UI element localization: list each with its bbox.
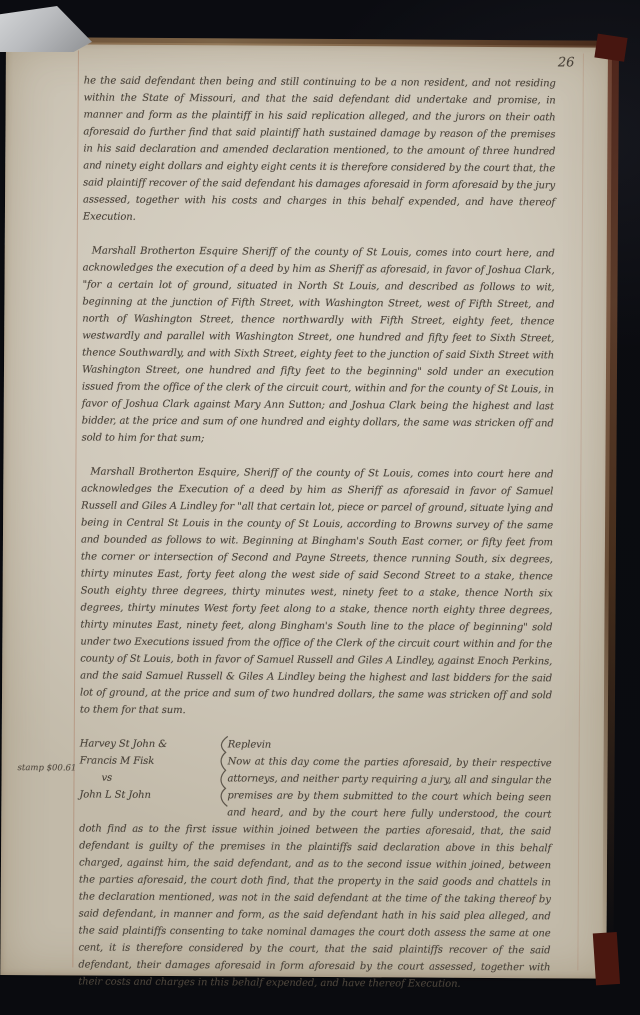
page-number: 26 [558, 55, 575, 70]
stacked-page-edges-right [602, 52, 618, 948]
record-judgment-entry: he the said defendant then being and sti… [83, 72, 556, 228]
book-cover-corner-top [594, 34, 627, 62]
caption-brace-icon [215, 734, 231, 808]
record-sheriff-deed-russell-lindley: Marshall Brotherton Esquire, Sheriff of … [80, 463, 554, 721]
margin-note-stamp: stamp $00.61 [18, 763, 76, 773]
ledger-page: 26 he the said defendant then being and … [0, 42, 612, 979]
right-margin-rule [577, 54, 584, 971]
case-plaintiff-2: Francis M Fisk [80, 752, 228, 770]
book-cover-corner-bottom [593, 932, 620, 985]
facing-page-corner-fold [0, 6, 92, 52]
left-margin-rule [72, 50, 79, 967]
case-plaintiff-1: Harvey St John & [80, 735, 228, 753]
record-replevin-case: stamp $00.61 Harvey St John & Francis M … [78, 735, 552, 993]
photograph-background: 26 he the said defendant then being and … [0, 0, 640, 1015]
stacked-page-edges-top [10, 37, 606, 48]
case-defendant: John L St John [79, 786, 227, 804]
case-caption: Harvey St John & Francis M Fisk vs John … [79, 735, 227, 806]
case-action-label: Replevin [228, 736, 288, 753]
case-versus: vs [79, 769, 227, 787]
court-record-text: he the said defendant then being and sti… [78, 72, 556, 1010]
record-sheriff-deed-clark: Marshall Brotherton Esquire Sheriff of t… [82, 242, 555, 449]
